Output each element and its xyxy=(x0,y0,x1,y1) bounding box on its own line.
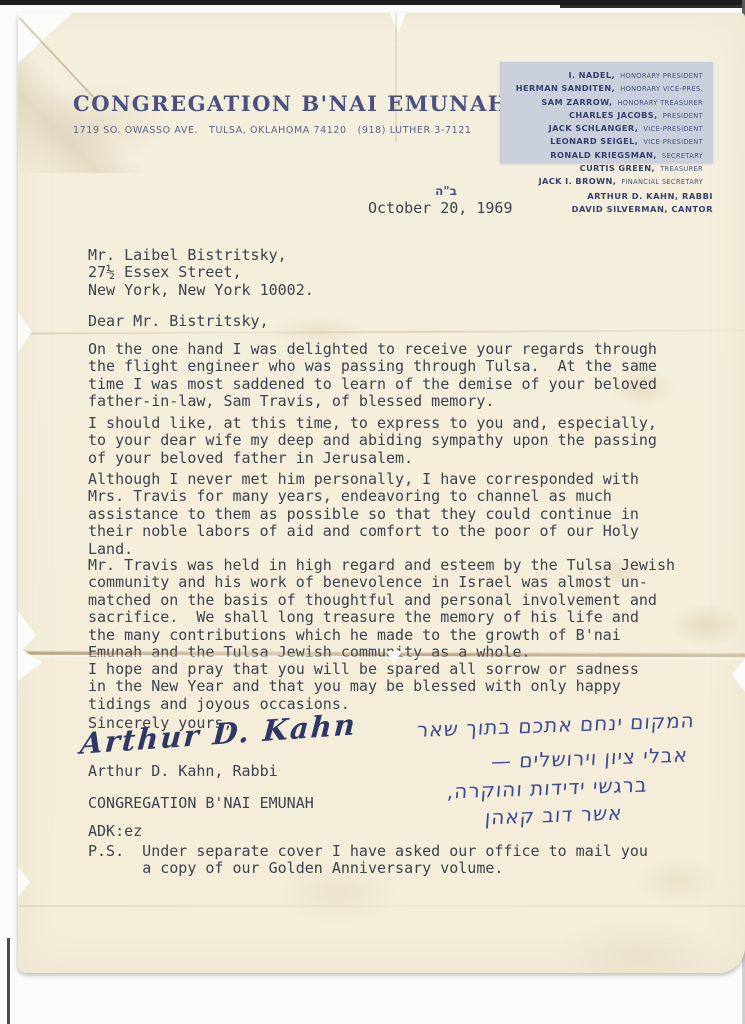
postscript: P.S. Under separate cover I have asked o… xyxy=(88,843,648,878)
body-paragraph-1: On the one hand I was delighted to recei… xyxy=(88,341,657,411)
officer-row: HERMAN SANDITEN, HONORARY VICE-PRES. xyxy=(500,81,703,94)
officer-name: HERMAN SANDITEN, xyxy=(516,83,615,93)
officer-title: TREASURER xyxy=(660,165,703,173)
hebrew-handwriting-line-4: אשר דוב קאהן xyxy=(485,801,624,830)
officer-name: JACK SCHLANGER, xyxy=(549,123,639,133)
officer-name: LEONARD SEIGEL, xyxy=(550,136,638,146)
officer-title: HONORARY VICE-PRES. xyxy=(620,85,703,93)
officers-panel: I. NADEL, HONORARY PRESIDENT HERMAN SAND… xyxy=(500,62,713,163)
letter-page: CONGREGATION B'NAI EMUNAH 1719 SO. OWASS… xyxy=(18,13,745,973)
hebrew-handwriting-line-2: אבלי ציון וירושלים — xyxy=(490,743,689,774)
officer-row: JACK SCHLANGER, VICE-PRESIDENT xyxy=(500,121,703,134)
right-edge-tear xyxy=(732,658,745,692)
left-edge-tear xyxy=(18,867,30,897)
typist-reference: ADK:ez xyxy=(88,823,142,840)
left-edge-tear xyxy=(18,611,36,655)
clergy-block: ARTHUR D. KAHN, RABBI DAVID SILVERMAN, C… xyxy=(572,190,713,216)
officer-name: RONALD KRIEGSMAN, xyxy=(550,150,656,160)
officer-name: JACK I. BROWN, xyxy=(539,176,617,186)
letterhead-address: 1719 SO. OWASSO AVE. TULSA, OKLAHOMA 741… xyxy=(73,125,445,136)
officer-name: SAM ZARROW, xyxy=(541,97,612,107)
officer-title: HONORARY PRESIDENT xyxy=(620,72,703,80)
signed-name: Arthur D. Kahn, Rabbi xyxy=(88,763,278,780)
salutation: Dear Mr. Bistritsky, xyxy=(88,313,269,330)
letter-date: October 20, 1969 xyxy=(368,200,513,217)
officer-title: FINANCIAL SECRETARY xyxy=(621,178,703,186)
officer-title: SECRETARY xyxy=(662,152,703,160)
officer-row: I. NADEL, HONORARY PRESIDENT xyxy=(500,68,703,81)
officer-row: CURTIS GREEN, TREASURER xyxy=(500,161,703,174)
fold-crease-bottom xyxy=(18,905,745,907)
scanned-letter-image: CONGREGATION B'NAI EMUNAH 1719 SO. OWASS… xyxy=(0,0,745,1024)
cantor-name: DAVID SILVERMAN, CANTOR xyxy=(572,203,713,216)
body-paragraph-5: I hope and pray that you will be spared … xyxy=(88,661,639,713)
recipient-address: Mr. Laibel Bistritsky, 27½ Essex Street,… xyxy=(88,247,314,299)
left-edge-tear xyxy=(18,313,32,351)
vertical-crease xyxy=(395,13,397,143)
officer-row: JACK I. BROWN, FINANCIAL SECRETARY xyxy=(500,174,703,187)
officer-row: CHARLES JACOBS, PRESIDENT xyxy=(500,108,703,121)
hebrew-bh-mark: ב"ה xyxy=(416,184,476,198)
officer-row: SAM ZARROW, HONORARY TREASURER xyxy=(500,95,703,108)
officer-row: RONALD KRIEGSMAN, SECRETARY xyxy=(500,148,703,161)
body-paragraph-2: I should like, at this time, to express … xyxy=(88,415,657,467)
officer-title: VICE-PRESIDENT xyxy=(643,125,703,133)
rabbi-name: ARTHUR D. KAHN, RABBI xyxy=(572,190,713,203)
scan-edge-top-right xyxy=(560,5,745,8)
scan-edge-left xyxy=(7,938,10,1024)
officer-name: CHARLES JACOBS, xyxy=(569,110,658,120)
body-paragraph-4: Mr. Travis was held in high regard and e… xyxy=(88,557,675,661)
body-paragraph-3: Although I never met him personally, I h… xyxy=(88,471,639,558)
typed-org-name: CONGREGATION B'NAI EMUNAH xyxy=(88,795,314,812)
officer-title: VICE-PRESIDENT xyxy=(643,138,703,146)
officer-row: LEONARD SEIGEL, VICE-PRESIDENT xyxy=(500,134,703,147)
officer-name: I. NADEL, xyxy=(568,70,615,80)
hebrew-handwriting-line-3: ברגשי ידידות והוקרה, xyxy=(447,772,649,803)
letterhead-org-name: CONGREGATION B'NAI EMUNAH xyxy=(73,91,445,116)
officer-title: PRESIDENT xyxy=(663,112,703,120)
top-edge-tear xyxy=(390,13,406,33)
